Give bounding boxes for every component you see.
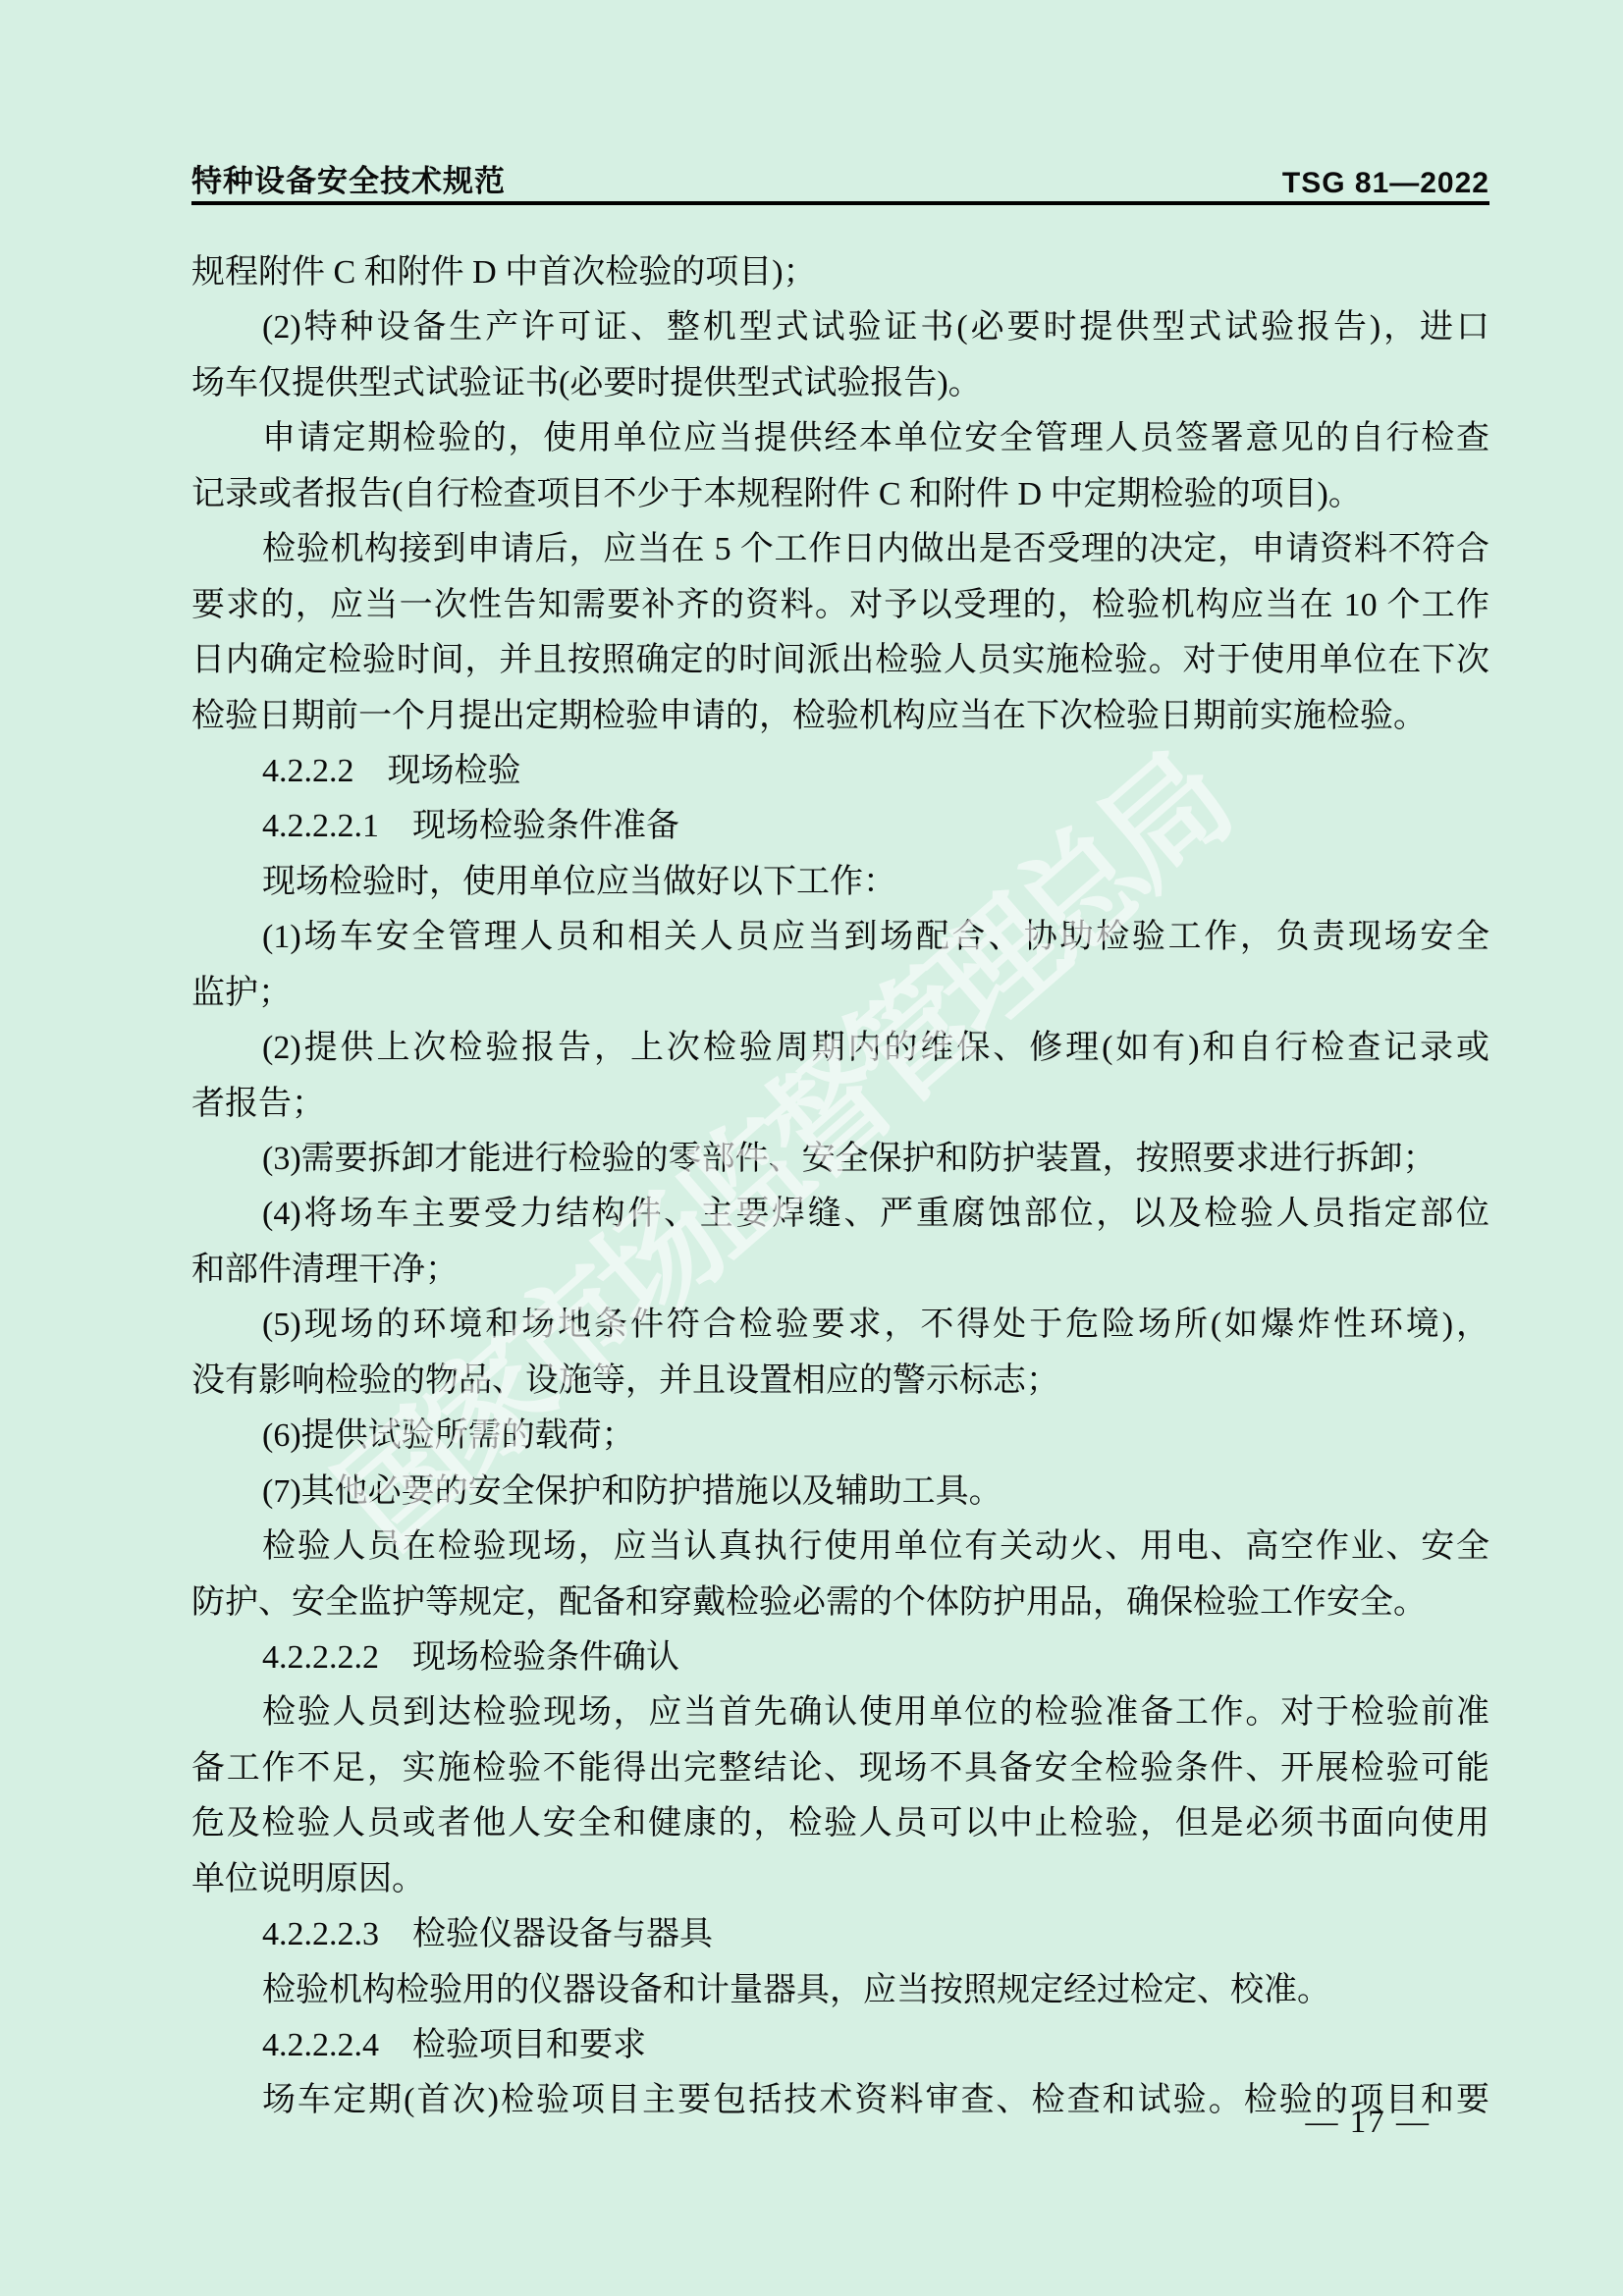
header-rule (191, 201, 1489, 205)
document-body: 规程附件 C 和附件 D 中首次检验的项目)；(2)特种设备生产许可证、整机型式… (191, 245, 1489, 2129)
text-line: (6)提供试验所需的载荷； (191, 1409, 1489, 1464)
text-line: 危及检验人员或者他人安全和健康的，检验人员可以中止检验，但是必须书面向使用 (191, 1796, 1489, 1851)
text-line: 检验机构检验用的仪器设备和计量器具，应当按照规定经过检定、校准。 (191, 1963, 1489, 2018)
text-line: 场车定期(首次)检验项目主要包括技术资料审查、检查和试验。检验的项目和要 (191, 2073, 1489, 2128)
text-line: 4.2.2.2 现场检验 (191, 744, 1489, 799)
text-line: 4.2.2.2.1 现场检验条件准备 (191, 799, 1489, 854)
text-line: (1)场车安全管理人员和相关人员应当到场配合、协助检验工作，负责现场安全 (191, 910, 1489, 965)
text-line: 日内确定检验时间，并且按照确定的时间派出检验人员实施检验。对于使用单位在下次 (191, 633, 1489, 688)
text-line: (5)现场的环境和场地条件符合检验要求，不得处于危险场所(如爆炸性环境)， (191, 1298, 1489, 1353)
text-line: (2)提供上次检验报告，上次检验周期内的维保、修理(如有)和自行检查记录或 (191, 1021, 1489, 1076)
text-line: 没有影响检验的物品、设施等，并且设置相应的警示标志； (191, 1354, 1489, 1409)
text-line: 检验机构接到申请后，应当在 5 个工作日内做出是否受理的决定，申请资料不符合 (191, 522, 1489, 577)
text-line: 检验人员在检验现场，应当认真执行使用单位有关动火、用电、高空作业、安全 (191, 1520, 1489, 1575)
text-line: 要求的，应当一次性告知需要补齐的资料。对予以受理的，检验机构应当在 10 个工作 (191, 578, 1489, 633)
text-line: 4.2.2.2.2 现场检验条件确认 (191, 1630, 1489, 1685)
text-line: 规程附件 C 和附件 D 中首次检验的项目)； (191, 245, 1489, 300)
text-line: 防护、安全监护等规定，配备和穿戴检验必需的个体防护用品，确保检验工作安全。 (191, 1575, 1489, 1630)
text-line: 者报告； (191, 1077, 1489, 1132)
text-line: 4.2.2.2.3 检验仪器设备与器具 (191, 1907, 1489, 1962)
text-line: 现场检验时，使用单位应当做好以下工作： (191, 855, 1489, 910)
page-number: — 17 — (1306, 2105, 1432, 2141)
text-line: 4.2.2.2.4 检验项目和要求 (191, 2018, 1489, 2073)
header-doc-number: TSG 81—2022 (1282, 167, 1489, 200)
text-line: (3)需要拆卸才能进行检验的零部件、安全保护和防护装置，按照要求进行拆卸； (191, 1132, 1489, 1187)
text-line: (2)特种设备生产许可证、整机型式试验证书(必要时提供型式试验报告)，进口 (191, 300, 1489, 355)
text-line: 单位说明原因。 (191, 1852, 1489, 1907)
text-line: (7)其他必要的安全保护和防护措施以及辅助工具。 (191, 1465, 1489, 1520)
document-page: 特种设备安全技术规范 TSG 81—2022 规程附件 C 和附件 D 中首次检… (0, 0, 1623, 2296)
text-line: 和部件清理干净； (191, 1243, 1489, 1298)
header-title: 特种设备安全技术规范 (191, 156, 506, 200)
text-line: 检验日期前一个月提出定期检验申请的，检验机构应当在下次检验日期前实施检验。 (191, 689, 1489, 744)
page-header: 特种设备安全技术规范 TSG 81—2022 (191, 159, 1489, 200)
text-line: 申请定期检验的，使用单位应当提供经本单位安全管理人员签署意见的自行检查 (191, 411, 1489, 466)
text-line: 备工作不足，实施检验不能得出完整结论、现场不具备安全检验条件、开展检验可能 (191, 1741, 1489, 1796)
text-line: 检验人员到达检验现场，应当首先确认使用单位的检验准备工作。对于检验前准 (191, 1685, 1489, 1740)
text-line: 监护； (191, 966, 1489, 1021)
text-line: 记录或者报告(自行检查项目不少于本规程附件 C 和附件 D 中定期检验的项目)。 (191, 467, 1489, 522)
text-line: (4)将场车主要受力结构件、主要焊缝、严重腐蚀部位，以及检验人员指定部位 (191, 1187, 1489, 1242)
text-line: 场车仅提供型式试验证书(必要时提供型式试验报告)。 (191, 356, 1489, 411)
